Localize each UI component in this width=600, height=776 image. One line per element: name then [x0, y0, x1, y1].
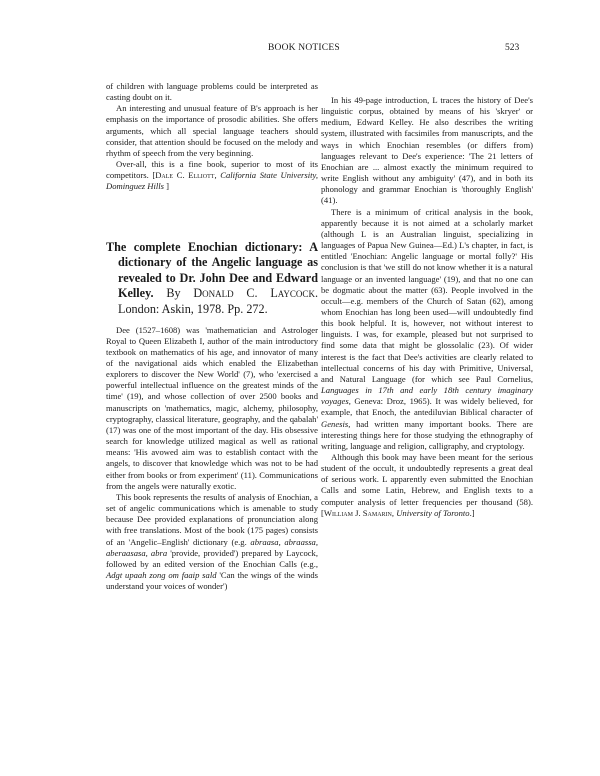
- paragraph-closing: Although this book may have been meant f…: [321, 452, 533, 519]
- reviewer-name: Dale C. Elliott: [155, 170, 214, 180]
- paragraph: Dee (1527–1608) was 'mathematician and A…: [106, 325, 318, 492]
- paragraph: of children with language problems could…: [106, 81, 318, 103]
- page-number: 523: [505, 43, 519, 53]
- paragraph: This book represents the results of anal…: [106, 492, 318, 592]
- book-entry-heading: The complete Enochian dictionary: A dict…: [106, 240, 318, 318]
- right-column: In his 49-page introduction, L traces th…: [321, 95, 533, 519]
- reviewer-name: William J. Samarin: [324, 508, 392, 518]
- book-author: Donald C. Laycock: [193, 286, 315, 300]
- paragraph: In his 49-page introduction, L traces th…: [321, 95, 533, 207]
- left-column: of children with language problems could…: [106, 81, 318, 592]
- running-head-title: BOOK NOTICES: [268, 43, 340, 53]
- paragraph: An interesting and unusual feature of B'…: [106, 103, 318, 159]
- reviewer-affiliation: University of Toronto: [396, 508, 469, 518]
- paragraph-closing: Over-all, this is a fine book, superior …: [106, 159, 318, 192]
- paragraph: There is a minimum of critical analysis …: [321, 207, 533, 452]
